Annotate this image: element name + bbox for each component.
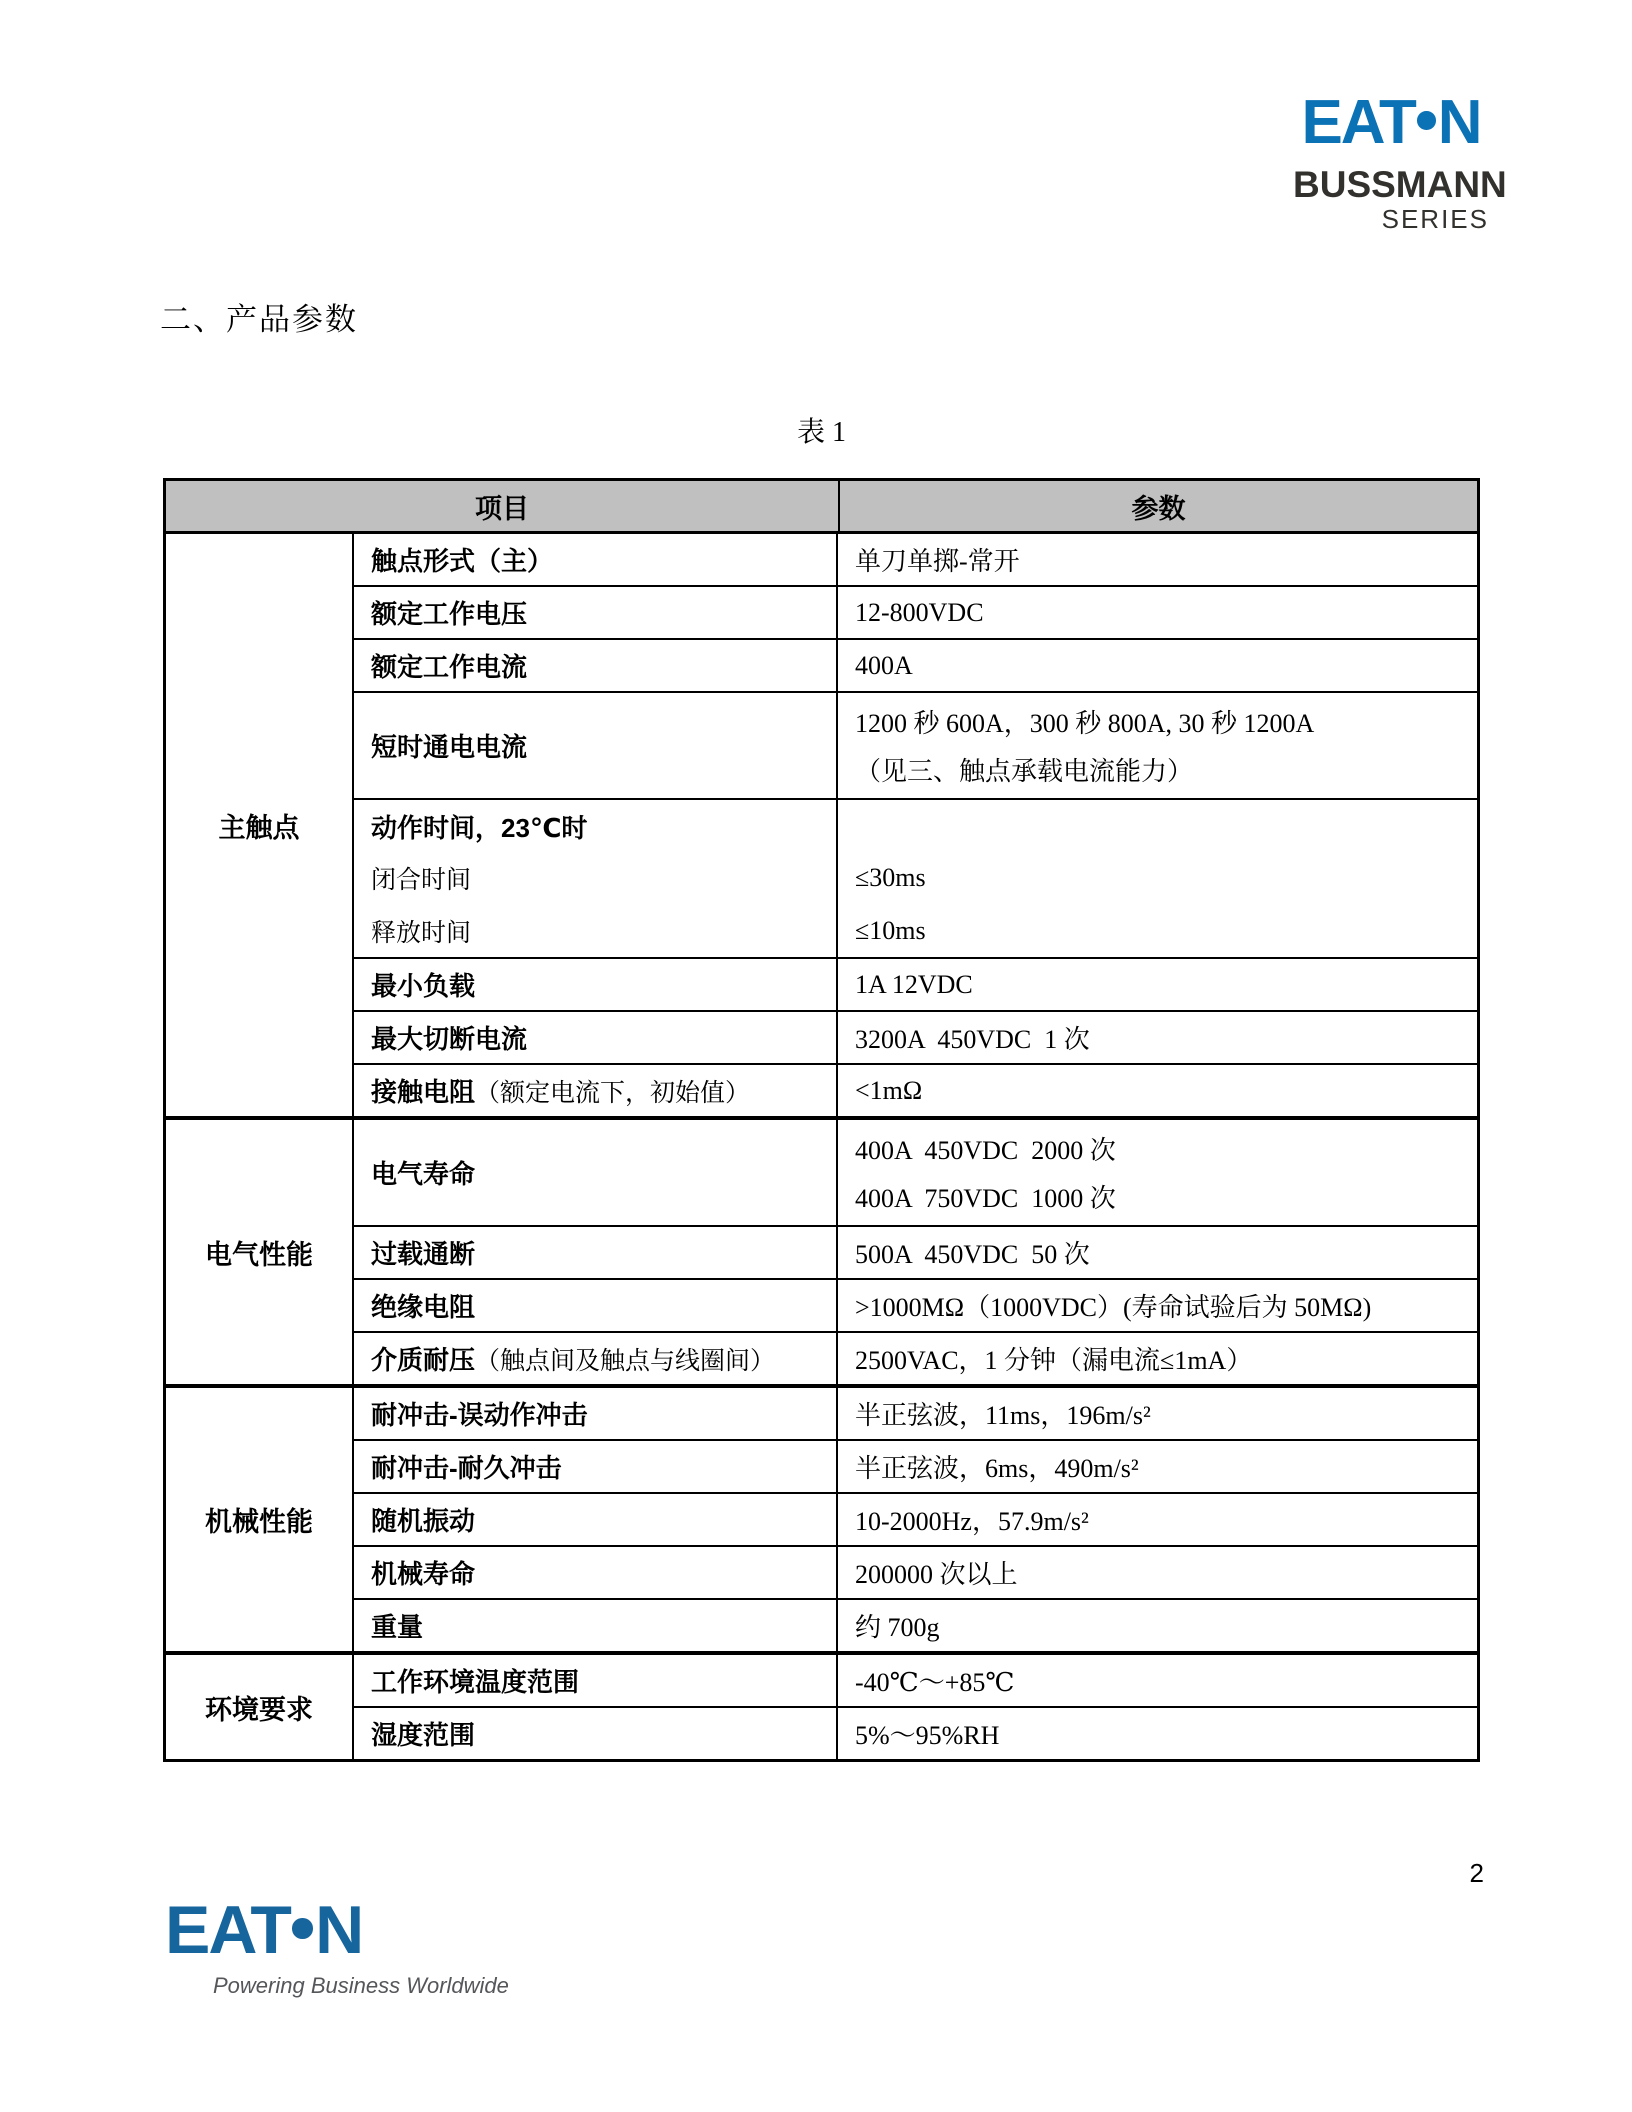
row-item-label: 过载通断: [371, 1234, 475, 1271]
table-group-electrical: 电气性能 电气寿命 400A 450VDC 2000 次 400A 750VDC…: [166, 1116, 1477, 1384]
row-item-label: 耐冲击-误动作冲击: [371, 1395, 588, 1432]
eaton-wordmark: EATN: [165, 1896, 509, 1964]
table-row: 短时通电电流 1200 秒 600A，300 秒 800A, 30 秒 1200…: [354, 691, 1477, 798]
row-item-label: 湿度范围: [371, 1715, 475, 1752]
eaton-text-right: N: [1438, 88, 1481, 157]
table-row: 额定工作电压 12-800VDC: [354, 585, 1477, 638]
eaton-footer-logo: EATN Powering Business Worldwide: [165, 1896, 509, 1999]
row-item-subline: 释放时间: [371, 913, 471, 949]
row-item-label: 随机振动: [371, 1501, 475, 1538]
column-header-param: 参数: [840, 481, 1477, 531]
row-value: 约 700g: [838, 1600, 1477, 1651]
document-page: EATN BUSSMANN SERIES 二、产品参数 表 1 项目 参数 主触…: [0, 0, 1632, 2112]
row-value: 2500VAC，1 分钟（漏电流≤1mA）: [838, 1333, 1477, 1384]
row-value-line: ≤10ms: [838, 905, 1477, 957]
row-value-line: （见三、触点承载电流能力）: [855, 751, 1193, 788]
row-value: 单刀单掷-常开: [838, 534, 1477, 585]
table-row: 湿度范围 5%～95%RH: [354, 1706, 1477, 1759]
series-label: SERIES: [1293, 206, 1489, 232]
table-row: 额定工作电流 400A: [354, 638, 1477, 691]
table-group-environment: 环境要求 工作环境温度范围 -40℃～+85℃ 湿度范围 5%～95%RH: [166, 1651, 1477, 1759]
table-row: 触点形式（主） 单刀单掷-常开: [354, 534, 1477, 585]
row-item-label: 最小负载: [371, 966, 475, 1003]
row-value: 5%～95%RH: [838, 1708, 1477, 1759]
table-row: 接触电阻（额定电流下，初始值） <1mΩ: [354, 1063, 1477, 1116]
row-value: 半正弦波，11ms，196m/s²: [838, 1388, 1477, 1439]
row-value: <1mΩ: [838, 1065, 1477, 1116]
table-row: 重量 约 700g: [354, 1598, 1477, 1651]
row-item-label: 最大切断电流: [371, 1019, 527, 1056]
eaton-text-left: EAT: [165, 1892, 290, 1968]
table-row: 动作时间，23℃时 闭合时间 释放时间 ≤30ms ≤10ms: [354, 798, 1477, 957]
row-item-label: 工作环境温度范围: [371, 1662, 579, 1699]
row-value: 400A: [838, 640, 1477, 691]
row-value: 1A 12VDC: [838, 959, 1477, 1010]
table-row: 介质耐压（触点间及触点与线圈间） 2500VAC，1 分钟（漏电流≤1mA）: [354, 1331, 1477, 1384]
row-item-label: 机械寿命: [371, 1554, 475, 1591]
row-value: 3200A 450VDC 1 次: [838, 1012, 1477, 1063]
row-value: >1000MΩ（1000VDC）(寿命试验后为 50MΩ): [838, 1280, 1477, 1331]
row-value-line: 400A 750VDC 1000 次: [855, 1178, 1116, 1215]
row-item-label: 介质耐压: [371, 1340, 475, 1377]
row-item-label: 额定工作电流: [371, 647, 527, 684]
row-value-line: 1200 秒 600A，300 秒 800A, 30 秒 1200A: [855, 703, 1314, 740]
group-label: 环境要求: [166, 1655, 354, 1759]
row-item-label: 短时通电电流: [371, 727, 527, 764]
table-group-mechanical: 机械性能 耐冲击-误动作冲击 半正弦波，11ms，196m/s² 耐冲击-耐久冲…: [166, 1384, 1477, 1651]
table-title: 表 1: [163, 410, 1480, 450]
row-value: 200000 次以上: [838, 1547, 1477, 1598]
row-value: 500A 450VDC 50 次: [838, 1227, 1477, 1278]
parameters-table: 项目 参数 主触点 触点形式（主） 单刀单掷-常开 额定工作电压 12-800V…: [163, 478, 1480, 1762]
row-value: 10-2000Hz，57.9m/s²: [838, 1494, 1477, 1545]
table-row: 工作环境温度范围 -40℃～+85℃: [354, 1655, 1477, 1706]
page-number: 2: [1470, 1858, 1484, 1889]
row-value: -40℃～+85℃: [838, 1655, 1477, 1706]
eaton-dot-icon: [292, 1918, 312, 1938]
row-item-label: 绝缘电阻: [371, 1287, 475, 1324]
bussmann-label: BUSSMANN: [1293, 166, 1489, 203]
table-row: 耐冲击-耐久冲击 半正弦波，6ms，490m/s²: [354, 1439, 1477, 1492]
row-item-label: 触点形式（主）: [371, 541, 553, 578]
table-row: 电气寿命 400A 450VDC 2000 次 400A 750VDC 1000…: [354, 1120, 1477, 1225]
row-item-note: （额定电流下，初始值）: [475, 1073, 750, 1109]
eaton-wordmark: EATN: [1293, 92, 1489, 154]
row-item-label: 动作时间，23℃时: [371, 808, 587, 845]
row-item-label: 接触电阻: [371, 1072, 475, 1109]
column-header-item: 项目: [166, 481, 840, 531]
section-heading: 二、产品参数: [160, 294, 358, 339]
row-item-label: 重量: [371, 1607, 423, 1644]
table-row: 最小负载 1A 12VDC: [354, 957, 1477, 1010]
row-value-line: ≤30ms: [838, 852, 1477, 904]
row-item-label: 额定工作电压: [371, 594, 527, 631]
row-item-label: 电气寿命: [371, 1154, 475, 1191]
group-label: 电气性能: [166, 1120, 354, 1384]
table-row: 过载通断 500A 450VDC 50 次: [354, 1225, 1477, 1278]
bussmann-logo: EATN BUSSMANN SERIES: [1293, 92, 1489, 232]
row-item-label: 耐冲击-耐久冲击: [371, 1448, 562, 1485]
group-label: 机械性能: [166, 1388, 354, 1651]
eaton-dot-icon: [1417, 111, 1436, 130]
table-row: 随机振动 10-2000Hz，57.9m/s²: [354, 1492, 1477, 1545]
table-row: 绝缘电阻 >1000MΩ（1000VDC）(寿命试验后为 50MΩ): [354, 1278, 1477, 1331]
row-value-line: 400A 450VDC 2000 次: [855, 1130, 1116, 1167]
row-item-subline: 闭合时间: [371, 860, 471, 896]
table-row: 最大切断电流 3200A 450VDC 1 次: [354, 1010, 1477, 1063]
eaton-tagline: Powering Business Worldwide: [213, 1973, 509, 1999]
table-group-main-contact: 主触点 触点形式（主） 单刀单掷-常开 额定工作电压 12-800VDC 额定工…: [166, 534, 1477, 1116]
table-row: 耐冲击-误动作冲击 半正弦波，11ms，196m/s²: [354, 1388, 1477, 1439]
row-value: 半正弦波，6ms，490m/s²: [838, 1441, 1477, 1492]
row-value: 12-800VDC: [838, 587, 1477, 638]
group-label: 主触点: [166, 534, 354, 1116]
eaton-text-left: EAT: [1301, 88, 1414, 157]
table-header-row: 项目 参数: [166, 481, 1477, 534]
table-row: 机械寿命 200000 次以上: [354, 1545, 1477, 1598]
row-item-note: （触点间及触点与线圈间）: [475, 1341, 775, 1377]
eaton-text-right: N: [315, 1892, 362, 1968]
